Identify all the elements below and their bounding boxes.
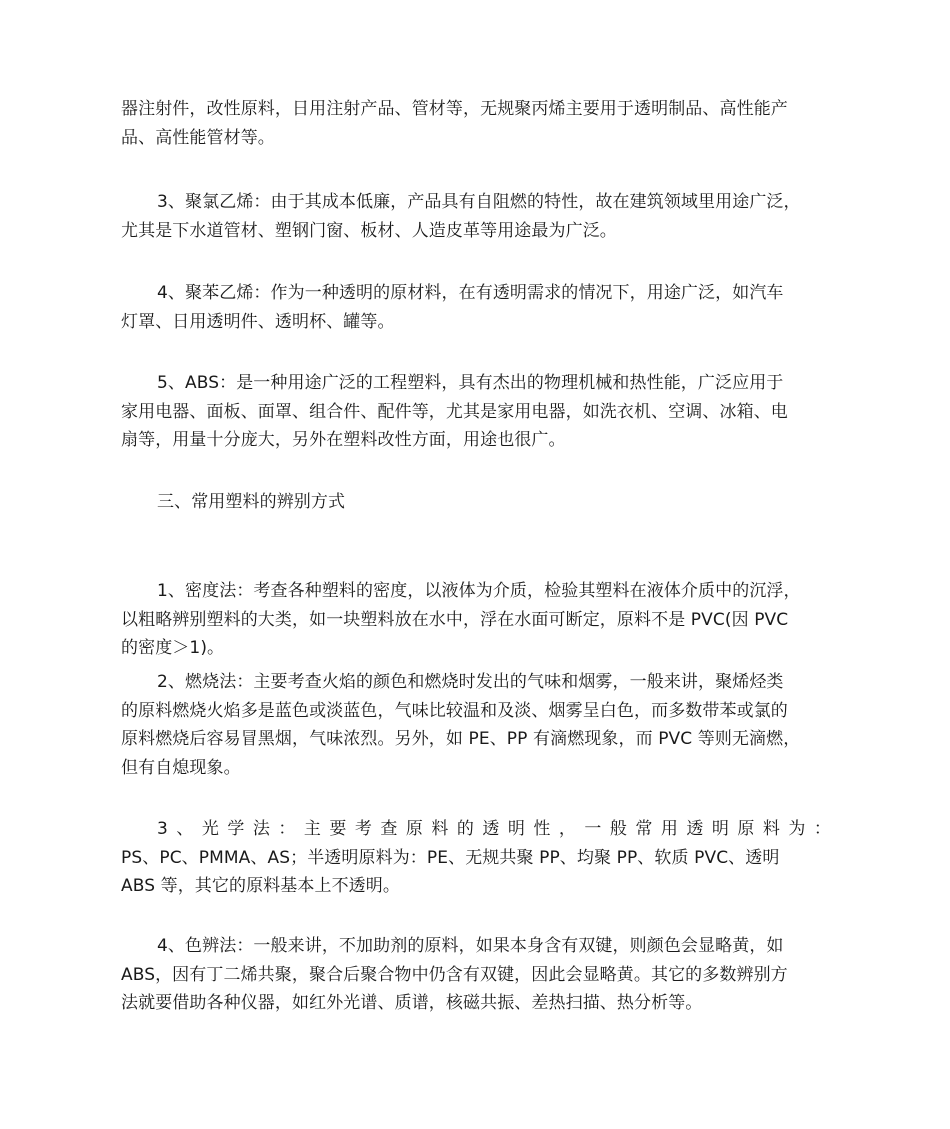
text-line: 品、高性能管材等。 [121,124,831,153]
text-line: 家用电器、面板、面罩、组合件、配件等，尤其是家用电器，如洗衣机、空调、冰箱、电 [121,398,831,427]
text-line: 灯罩、日用透明件、透明杯、罐等。 [121,308,831,337]
text-line: 扇等，用量十分庞大，另外在塑料改性方面，用途也很广。 [121,426,831,455]
text-line: 2、燃烧法：主要考查火焰的颜色和燃烧时发出的气味和烟雾，一般来讲，聚烯烃类 [121,668,831,697]
text-line: 但有自熄现象。 [121,754,831,783]
text-line: 3、光学法：主要考查原料的透明性，一般常用透明原料为： [121,815,831,844]
paragraph-density-method: 1、密度法：考查各种塑料的密度，以液体为介质，检验其塑料在液体介质中的沉浮， 以… [121,577,831,663]
section-heading: 三、常用塑料的辨别方式 [121,488,831,517]
text-line: 法就要借助各种仪器，如红外光谱、质谱，核磁共振、差热扫描、热分析等。 [121,989,831,1018]
text-line: 原料燃烧后容易冒黑烟，气味浓烈。另外，如 PE、PP 有滴燃现象，而 PVC 等… [121,725,831,754]
paragraph-combustion-method: 2、燃烧法：主要考查火焰的颜色和燃烧时发出的气味和烟雾，一般来讲，聚烯烃类 的原… [121,668,831,782]
text-line: 3、聚氯乙烯：由于其成本低廉，产品具有自阻燃的特性，故在建筑领域里用途广泛， [121,188,831,217]
text-line: 器注射件，改性原料，日用注射产品、管材等，无规聚丙烯主要用于透明制品、高性能产 [121,95,831,124]
text-line: ABS 等，其它的原料基本上不透明。 [121,872,831,901]
paragraph-optical-method: 3、光学法：主要考查原料的透明性，一般常用透明原料为： PS、PC、PMMA、A… [121,815,831,901]
text-line: 以粗略辨别塑料的大类，如一块塑料放在水中，浮在水面可断定，原料不是 PVC(因 … [121,606,831,635]
text-line: 尤其是下水道管材、塑钢门窗、板材、人造皮革等用途最为广泛。 [121,217,831,246]
paragraph-pp-uses-continued: 器注射件，改性原料，日用注射产品、管材等，无规聚丙烯主要用于透明制品、高性能产 … [121,95,831,152]
text-line: PS、PC、PMMA、AS；半透明原料为：PE、无规共聚 PP、均聚 PP、软质… [121,844,831,873]
paragraph-abs-uses: 5、ABS：是一种用途广泛的工程塑料，具有杰出的物理机械和热性能，广泛应用于 家… [121,369,831,455]
paragraph-ps-uses: 4、聚苯乙烯：作为一种透明的原材料，在有透明需求的情况下，用途广泛，如汽车 灯罩… [121,279,831,336]
text-line: 4、色辨法：一般来讲，不加助剂的原料，如果本身含有双键，则颜色会显略黄，如 [121,932,831,961]
paragraph-pvc-uses: 3、聚氯乙烯：由于其成本低廉，产品具有自阻燃的特性，故在建筑领域里用途广泛， 尤… [121,188,831,245]
heading-text: 三、常用塑料的辨别方式 [121,488,831,517]
text-line: 的密度＞1)。 [121,634,831,663]
text-line: ABS，因有丁二烯共聚，聚合后聚合物中仍含有双键，因此会显略黄。其它的多数辨别方 [121,961,831,990]
text-line: 5、ABS：是一种用途广泛的工程塑料，具有杰出的物理机械和热性能，广泛应用于 [121,369,831,398]
text-line: 1、密度法：考查各种塑料的密度，以液体为介质，检验其塑料在液体介质中的沉浮， [121,577,831,606]
paragraph-color-method: 4、色辨法：一般来讲，不加助剂的原料，如果本身含有双键，则颜色会显略黄，如 AB… [121,932,831,1018]
text-line: 4、聚苯乙烯：作为一种透明的原材料，在有透明需求的情况下，用途广泛，如汽车 [121,279,831,308]
text-line: 的原料燃烧火焰多是蓝色或淡蓝色，气味比较温和及淡、烟雾呈白色，而多数带苯或氯的 [121,697,831,726]
